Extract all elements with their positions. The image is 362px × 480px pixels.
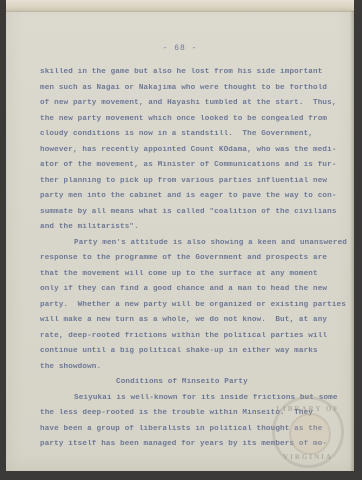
text-line: summate by all means what is called "coa… <box>40 207 337 217</box>
text-line: continue until a big political shake-up … <box>40 346 318 356</box>
text-line: however, has recently appointed Count KO… <box>40 145 337 155</box>
text-line: that the movement will come up to the su… <box>40 269 318 279</box>
stamp-top-text: LIBRARY OF <box>272 405 344 413</box>
page-binding-edge <box>6 0 354 12</box>
stamp-bottom-text: VIRGINIA <box>272 453 344 461</box>
paragraph-start-line: Party men's attitude is also showing a k… <box>74 238 347 248</box>
text-line: ator of the movement, as Minister of Com… <box>40 160 337 170</box>
text-line: cloudy conditions is now in a standstill… <box>40 129 313 139</box>
text-line: response to the programme of the Governm… <box>40 253 327 263</box>
section-heading: Conditions of Minseito Party <box>116 377 248 387</box>
text-line: men such as Nagai or Nakajima who were t… <box>40 83 327 93</box>
text-line: only if they can find a good chance and … <box>40 284 327 294</box>
stamp-seal-icon <box>289 413 331 455</box>
text-line: ther planning to pick up from various pa… <box>40 176 327 186</box>
text-line: the new party movement which once looked… <box>40 114 327 124</box>
text-line: party. Whether a new party will be organ… <box>40 300 346 310</box>
text-line: the showdown. <box>40 362 101 372</box>
text-line: party men into the cabinet and is eager … <box>40 191 337 201</box>
library-stamp: LIBRARY OF VIRGINIA <box>272 396 344 468</box>
page-edge-shadow <box>350 11 354 471</box>
page-number: - 68 - <box>6 44 354 53</box>
text-line: will make a new turn as a whole, we do n… <box>40 315 327 325</box>
document-page: - 68 - skilled in the game but also he l… <box>6 0 354 471</box>
text-line: skilled in the game but also he lost fro… <box>40 67 322 77</box>
text-line: rate, deep-rooted frictions within the p… <box>40 331 327 341</box>
text-line: of new party movement, and Hayashi tumbl… <box>40 98 337 108</box>
text-line: and the militarists". <box>40 222 139 232</box>
